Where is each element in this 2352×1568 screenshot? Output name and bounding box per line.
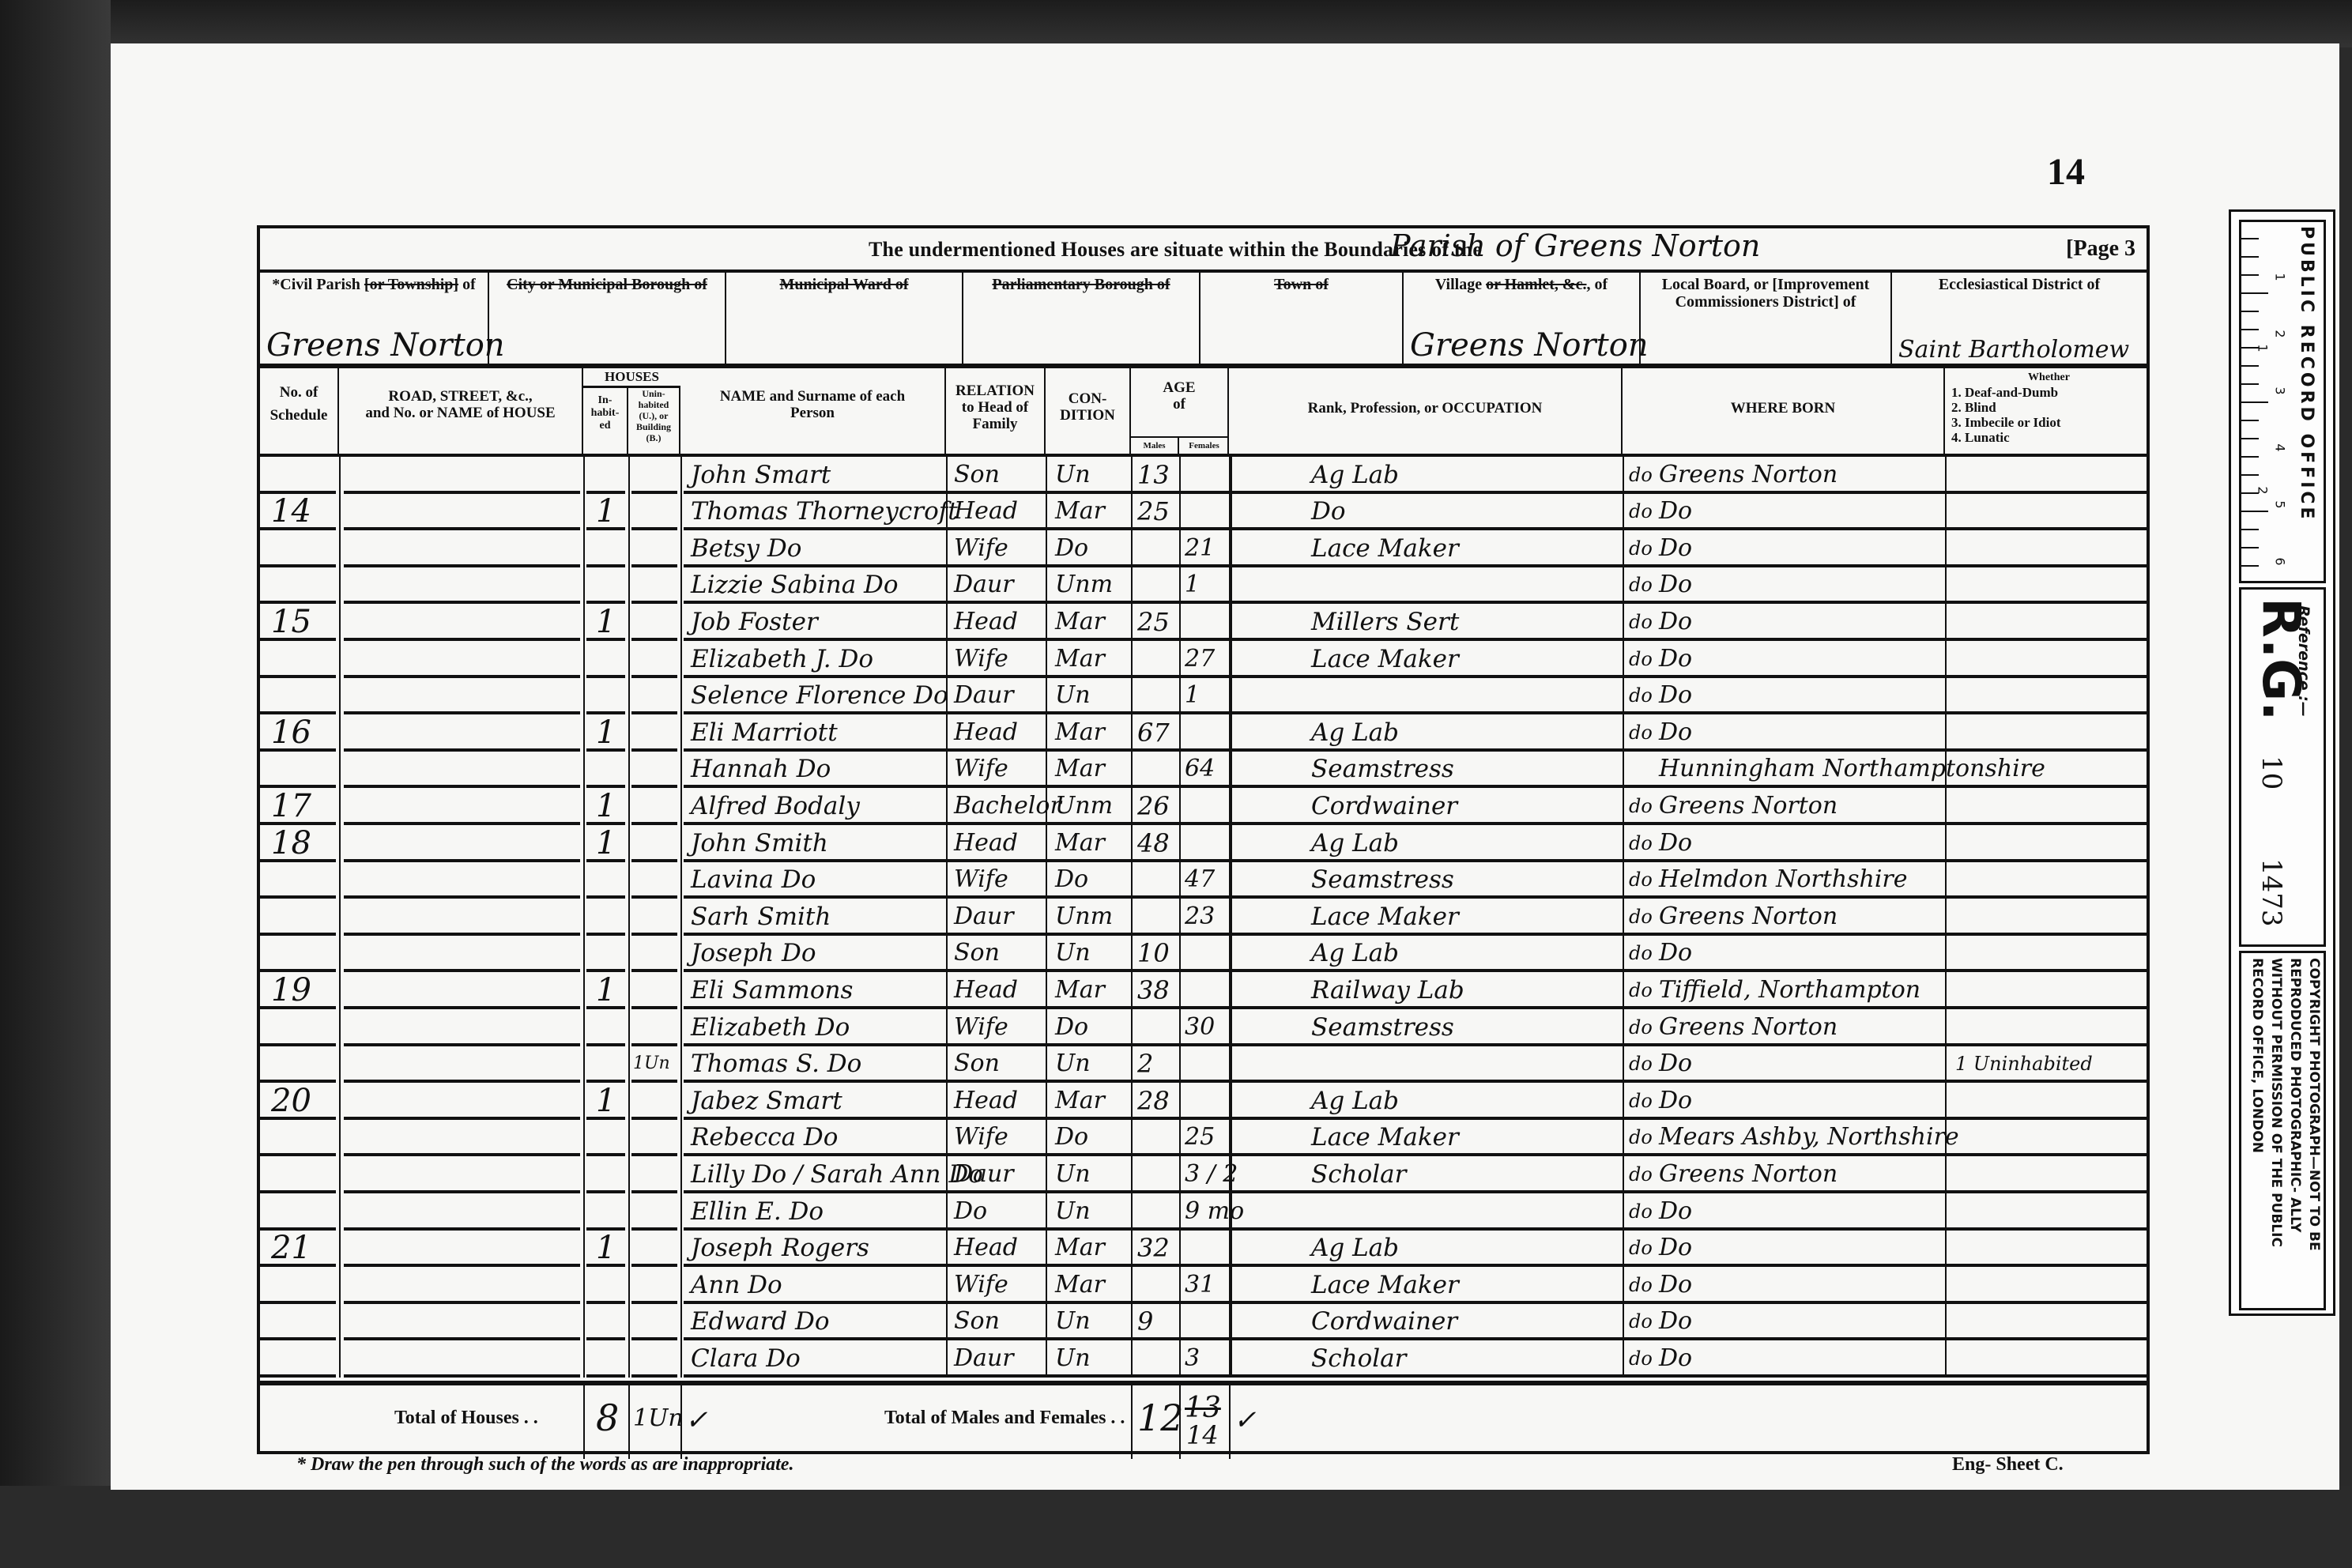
- male-age: 32: [1137, 1232, 1170, 1264]
- birthplace: Greens Norton: [1659, 901, 1837, 933]
- born-prefix: do: [1629, 974, 1653, 1006]
- male-age: 48: [1137, 827, 1170, 859]
- birthplace: Do: [1659, 1269, 1692, 1301]
- marital-condition: Mar: [1055, 753, 1105, 785]
- table-row: Sarh SmithDaurUnm23Lace MakerdoGreens No…: [260, 899, 2147, 936]
- born-prefix: do: [1629, 643, 1653, 675]
- relation-to-head: Wife: [954, 1269, 1008, 1301]
- ruler-tick: [2241, 274, 2259, 276]
- occupation: Lace Maker: [1311, 1121, 1459, 1153]
- relation-to-head: Wife: [954, 753, 1008, 785]
- table-row: Rebecca DoWifeDo25Lace MakerdoMears Ashb…: [260, 1120, 2147, 1157]
- area-field-label: Village or Hamlet, &c., of: [1404, 276, 1639, 293]
- occupation: Lace Maker: [1311, 643, 1459, 675]
- ruler-tick: [2241, 547, 2259, 548]
- check-mark: ✓: [1234, 1404, 1257, 1436]
- occupation: Ag Lab: [1311, 717, 1399, 748]
- born-prefix: do: [1629, 459, 1653, 491]
- born-prefix: do: [1629, 1269, 1653, 1301]
- male-age: 67: [1137, 717, 1170, 748]
- birthplace: Do: [1659, 533, 1692, 564]
- col-occupation: Rank, Profession, or OCCUPATION: [1229, 368, 1623, 454]
- inhabited-count: 1: [596, 1085, 616, 1117]
- born-prefix: do: [1629, 901, 1653, 933]
- table-row: Lilly Do / Sarah Ann DoDaurUn3 / 2Schola…: [260, 1156, 2147, 1193]
- table-row: Lavina DoWifeDo47SeamstressdoHelmdon Nor…: [260, 862, 2147, 899]
- table-row: 201Jabez SmartHeadMar28Ag LabdoDo: [260, 1083, 2147, 1120]
- col-condition: CON-DITION: [1046, 368, 1131, 454]
- table-row: 211Joseph RogersHeadMar32Ag LabdoDo: [260, 1231, 2147, 1268]
- ruler-tick: [2241, 329, 2259, 330]
- houses-label: HOUSES: [583, 368, 680, 388]
- area-field: City or Municipal Borough of: [489, 273, 726, 364]
- marital-condition: Un: [1055, 1048, 1091, 1080]
- marital-condition: Mar: [1055, 643, 1105, 675]
- person-name: Lizzie Sabina Do: [691, 569, 899, 601]
- birthplace: Do: [1659, 496, 1692, 527]
- occupation: Scholar: [1311, 1159, 1406, 1190]
- marital-condition: Un: [1055, 1196, 1091, 1227]
- relation-to-head: Daur: [954, 569, 1014, 601]
- relation-to-head: Daur: [954, 680, 1014, 711]
- occupation: Seamstress: [1311, 864, 1454, 895]
- relation-to-head: Bachelor: [954, 790, 1061, 822]
- occupation: Ag Lab: [1311, 1232, 1399, 1264]
- table-row: Ann DoWifeMar31Lace MakerdoDo: [260, 1267, 2147, 1304]
- ruler-cm-label: 4: [2273, 443, 2288, 451]
- reference-folio: 1473: [2256, 858, 2287, 927]
- inhabited-count: 1: [596, 974, 616, 1006]
- person-name: John Smart: [691, 459, 831, 491]
- totals-row: Total of Houses . . 8 1Un ✓ Total of Mal…: [260, 1381, 2147, 1459]
- occupation: Ag Lab: [1311, 937, 1399, 969]
- born-prefix: do: [1629, 1232, 1653, 1264]
- female-age: 21: [1185, 533, 1215, 564]
- total-houses-inhabited: 8: [596, 1396, 619, 1439]
- ruler-tick: [2241, 383, 2259, 385]
- male-age: 28: [1137, 1085, 1170, 1117]
- area-field-label: Ecclesiastical District of: [1892, 276, 2147, 293]
- born-prefix: do: [1629, 827, 1653, 859]
- birthplace: Do: [1659, 1048, 1692, 1080]
- person-name: Jabez Smart: [691, 1085, 842, 1117]
- relation-to-head: Wife: [954, 533, 1008, 564]
- total-persons-label: Total of Males and Females . .: [884, 1408, 1125, 1429]
- relation-to-head: Head: [954, 1232, 1018, 1264]
- page-label: [Page 3: [2066, 236, 2135, 262]
- person-name: Alfred Bodaly: [691, 790, 860, 822]
- female-age: 3: [1185, 1343, 1200, 1374]
- person-name: Elizabeth J. Do: [691, 643, 873, 675]
- female-age: 31: [1185, 1269, 1215, 1301]
- ruler-tick: [2241, 456, 2259, 458]
- person-name: Edward Do: [691, 1306, 830, 1337]
- inhabited-count: 1: [596, 790, 616, 822]
- marital-condition: Un: [1055, 680, 1091, 711]
- marital-condition: Do: [1055, 1012, 1088, 1043]
- occupation: Seamstress: [1311, 753, 1454, 785]
- area-field-label: Municipal Ward of: [726, 276, 962, 293]
- person-name: Ann Do: [691, 1269, 782, 1301]
- birthplace: Do: [1659, 606, 1692, 638]
- relation-to-head: Wife: [954, 1012, 1008, 1043]
- female-age: 1: [1185, 569, 1200, 601]
- table-row: 161Eli MarriottHeadMar67Ag LabdoDo: [260, 714, 2147, 752]
- relation-to-head: Wife: [954, 864, 1008, 895]
- born-prefix: do: [1629, 1012, 1653, 1043]
- born-prefix: do: [1629, 864, 1653, 895]
- birthplace: Helmdon Northshire: [1659, 864, 1908, 895]
- marital-condition: Un: [1055, 1159, 1091, 1190]
- table-row: Ellin E. DoDoUn9 modoDo: [260, 1193, 2147, 1231]
- area-field-label: City or Municipal Borough of: [489, 276, 725, 293]
- birthplace: Do: [1659, 680, 1692, 711]
- birthplace: Do: [1659, 1343, 1692, 1374]
- copyright-text: COPYRIGHT PHOTOGRAPH—NOT TO BE REPRODUCE…: [2245, 958, 2324, 1306]
- male-age: 38: [1137, 974, 1170, 1006]
- col-infirmity: Whether 1. Deaf-and-Dumb2. Blind3. Imbec…: [1945, 368, 2147, 454]
- area-field-value: Greens Norton: [1410, 327, 1639, 364]
- ruler-tick: [2241, 256, 2259, 258]
- marital-condition: Un: [1055, 1343, 1091, 1374]
- occupation: Cordwainer: [1311, 1306, 1457, 1337]
- female-age: 64: [1185, 753, 1215, 785]
- female-age: 27: [1185, 643, 1215, 675]
- birthplace: Hunningham Northamptonshire: [1659, 753, 2045, 785]
- born-prefix: do: [1629, 1121, 1653, 1153]
- birthplace: Do: [1659, 1085, 1692, 1117]
- schedule-number: 15: [271, 606, 311, 638]
- male-age: 25: [1137, 606, 1170, 638]
- occupation: Lace Maker: [1311, 1269, 1459, 1301]
- birthplace: Do: [1659, 569, 1692, 601]
- occupation: Millers Sert: [1311, 606, 1459, 638]
- relation-to-head: Son: [954, 1048, 1000, 1080]
- occupation: Lace Maker: [1311, 901, 1459, 933]
- born-prefix: do: [1629, 680, 1653, 711]
- person-name: Rebecca Do: [691, 1121, 838, 1153]
- born-prefix: do: [1629, 1159, 1653, 1190]
- reference-piece: 10: [2256, 756, 2287, 790]
- census-entries: John SmartSonUn13Ag LabdoGreens Norton14…: [260, 457, 2147, 1378]
- col-where-born: WHERE BORN: [1623, 368, 1945, 454]
- female-age: 25: [1185, 1121, 1215, 1153]
- parish-handwritten: Parish of Greens Norton: [1390, 228, 1760, 263]
- schedule-number: 19: [271, 974, 311, 1006]
- col-schedule: No. ofSchedule: [260, 368, 339, 454]
- area-field: Municipal Ward of: [726, 273, 963, 364]
- table-row: Joseph DoSonUn10Ag LabdoDo: [260, 936, 2147, 973]
- table-row: Hannah DoWifeMar64SeamstressHunningham N…: [260, 752, 2147, 789]
- occupation: Ag Lab: [1311, 1085, 1399, 1117]
- marital-condition: Mar: [1055, 1269, 1105, 1301]
- inhabited-count: 1: [596, 606, 616, 638]
- area-field: Ecclesiastical District ofSaint Bartholo…: [1892, 273, 2147, 364]
- ruler-inch-label: 2: [2256, 486, 2271, 494]
- ruler-tick: [2241, 292, 2268, 294]
- born-prefix: do: [1629, 496, 1653, 527]
- ruler-tick: [2241, 238, 2259, 239]
- female-age: 9 mo: [1185, 1196, 1244, 1227]
- birthplace: Greens Norton: [1659, 459, 1837, 491]
- occupation: Railway Lab: [1311, 974, 1464, 1006]
- relation-to-head: Wife: [954, 1121, 1008, 1153]
- schedule-number: 17: [271, 790, 311, 822]
- person-name: Eli Marriott: [691, 717, 838, 748]
- person-name: John Smith: [691, 827, 828, 859]
- person-name: Thomas S. Do: [691, 1048, 861, 1080]
- table-row: 1UnThomas S. DoSonUn2doDo1 Uninhabited: [260, 1046, 2147, 1084]
- person-name: Job Foster: [691, 606, 818, 638]
- inhabited-count: 1: [596, 717, 616, 748]
- relation-to-head: Wife: [954, 643, 1008, 675]
- born-prefix: do: [1629, 1048, 1653, 1080]
- marital-condition: Mar: [1055, 827, 1105, 859]
- ruler-tick: [2241, 474, 2259, 476]
- table-row: 151Job FosterHeadMar25Millers SertdoDo: [260, 604, 2147, 641]
- female-age: 47: [1185, 864, 1215, 895]
- relation-to-head: Head: [954, 717, 1018, 748]
- table-row: Lizzie Sabina DoDaurUnm1doDo: [260, 567, 2147, 605]
- male-age: 26: [1137, 790, 1170, 822]
- marital-condition: Mar: [1055, 1085, 1105, 1117]
- census-page: 14 The undermentioned Houses are situate…: [111, 43, 2339, 1490]
- reference-box: Reference :— R.G. 10 1473: [2239, 587, 2326, 947]
- total-females-struck: 13: [1185, 1392, 1221, 1424]
- table-row: Edward DoSonUn9CordwainerdoDo: [260, 1304, 2147, 1341]
- marital-condition: Unm: [1055, 569, 1113, 601]
- col-age: AGEof Males Females: [1131, 368, 1229, 454]
- birthplace: Greens Norton: [1659, 1012, 1837, 1043]
- person-name: Hannah Do: [691, 753, 831, 785]
- table-row: Selence Florence DoDaurUn1doDo: [260, 678, 2147, 715]
- sheet-label: Eng- Sheet C.: [1952, 1454, 2064, 1476]
- table-row: 141Thomas ThorneycroftHeadMar25DodoDo: [260, 494, 2147, 531]
- copyright-box: COPYRIGHT PHOTOGRAPH—NOT TO BE REPRODUCE…: [2239, 951, 2326, 1310]
- relation-to-head: Son: [954, 937, 1000, 969]
- occupation: Cordwainer: [1311, 790, 1457, 822]
- female-age: 23: [1185, 901, 1215, 933]
- occupation: Ag Lab: [1311, 459, 1399, 491]
- marital-condition: Mar: [1055, 974, 1105, 1006]
- table-row: Elizabeth DoWifeDo30SeamstressdoGreens N…: [260, 1009, 2147, 1046]
- relation-to-head: Head: [954, 1085, 1018, 1117]
- born-prefix: do: [1629, 790, 1653, 822]
- female-age: 1: [1185, 680, 1200, 711]
- ruler-title: PUBLIC RECORD OFFICE: [2297, 226, 2316, 522]
- schedule-number: 20: [271, 1085, 311, 1117]
- birthplace: Do: [1659, 717, 1692, 748]
- table-row: Elizabeth J. DoWifeMar27Lace MakerdoDo: [260, 641, 2147, 678]
- born-prefix: do: [1629, 1085, 1653, 1117]
- schedule-number: 21: [271, 1232, 311, 1264]
- marital-condition: Un: [1055, 937, 1091, 969]
- birthplace: Do: [1659, 827, 1692, 859]
- person-name: Elizabeth Do: [691, 1012, 850, 1043]
- born-prefix: do: [1629, 606, 1653, 638]
- inhabited-count: 1: [596, 496, 616, 527]
- ruler-cm-label: 6: [2273, 557, 2288, 565]
- archive-reference-strip: PUBLIC RECORD OFFICE 12345612 Reference …: [2229, 209, 2335, 1316]
- col-road: ROAD, STREET, &c.,and No. or NAME of HOU…: [339, 368, 583, 454]
- person-name: Joseph Do: [691, 937, 816, 969]
- area-field: Town of: [1200, 273, 1404, 364]
- ruler-tick: [2241, 420, 2259, 421]
- inhabited-count: 1: [596, 827, 616, 859]
- relation-to-head: Son: [954, 1306, 1000, 1337]
- born-prefix: do: [1629, 1306, 1653, 1337]
- marital-condition: Unm: [1055, 901, 1113, 933]
- birthplace: Do: [1659, 643, 1692, 675]
- uninhabited-mark: 1Un: [633, 1048, 670, 1080]
- person-name: Ellin E. Do: [691, 1196, 824, 1227]
- area-field-label: Parliamentary Borough of: [963, 276, 1199, 293]
- person-name: Betsy Do: [691, 533, 801, 564]
- marital-condition: Do: [1055, 533, 1088, 564]
- schedule-number: 14: [271, 496, 311, 527]
- marital-condition: Mar: [1055, 606, 1105, 638]
- occupation: Lace Maker: [1311, 533, 1459, 564]
- relation-to-head: Daur: [954, 901, 1014, 933]
- area-field-label: *Civil Parish [or Township] of: [260, 276, 488, 293]
- area-field-label: Town of: [1200, 276, 1402, 293]
- female-age: 3 / 2: [1185, 1159, 1238, 1190]
- person-name: Eli Sammons: [691, 974, 853, 1006]
- male-age: 10: [1137, 937, 1170, 969]
- table-row: Clara DoDaurUn3ScholardoDo: [260, 1340, 2147, 1378]
- marital-condition: Mar: [1055, 1232, 1105, 1264]
- birthplace: Do: [1659, 1306, 1692, 1337]
- inhabited-count: 1: [596, 1232, 616, 1264]
- marital-condition: Do: [1055, 1121, 1088, 1153]
- ruler-tick: [2241, 438, 2259, 439]
- area-field: Parliamentary Borough of: [963, 273, 1200, 364]
- occupation: Do: [1311, 496, 1346, 527]
- area-field: Village or Hamlet, &c., ofGreens Norton: [1404, 273, 1641, 364]
- col-relation: RELATIONto Head ofFamily: [946, 368, 1046, 454]
- ruler-inch-label: 1: [2256, 344, 2271, 352]
- total-males: 12: [1137, 1396, 1184, 1439]
- birthplace: Mears Ashby, Northshire: [1659, 1121, 1959, 1153]
- col-males: Males: [1131, 436, 1179, 454]
- table-row: 181John SmithHeadMar48Ag LabdoDo: [260, 825, 2147, 862]
- total-females: 14: [1186, 1420, 1219, 1450]
- folio-number: 14: [2047, 150, 2085, 194]
- female-age: 30: [1185, 1012, 1215, 1043]
- birthplace: Do: [1659, 937, 1692, 969]
- scan-border-left: [0, 0, 111, 1568]
- born-prefix: do: [1629, 717, 1653, 748]
- birthplace: Greens Norton: [1659, 1159, 1837, 1190]
- area-field-value: Greens Norton: [266, 327, 488, 364]
- born-prefix: do: [1629, 1343, 1653, 1374]
- person-name: Lilly Do / Sarah Ann Do: [691, 1159, 983, 1190]
- col-inhabited: In-habit-ed: [583, 388, 628, 454]
- ruler-cm-label: 3: [2273, 386, 2288, 394]
- marital-condition: Un: [1055, 1306, 1091, 1337]
- person-name: Selence Florence Do: [691, 680, 948, 711]
- person-name: Sarh Smith: [691, 901, 831, 933]
- col-uninhabited: Unin-habited(U.), orBuilding(B.): [628, 388, 680, 454]
- relation-to-head: Son: [954, 459, 1000, 491]
- col-females: Females: [1179, 436, 1229, 454]
- table-row: John SmartSonUn13Ag LabdoGreens Norton: [260, 457, 2147, 494]
- check-mark: ✓: [685, 1404, 708, 1436]
- schedule-number: 16: [271, 717, 311, 748]
- ruler-tick: [2241, 511, 2268, 512]
- area-row: *Civil Parish [or Township] ofGreens Nor…: [260, 273, 2147, 368]
- ruler-tick: [2241, 529, 2259, 530]
- person-name: Lavina Do: [691, 864, 816, 895]
- column-header-row: No. ofSchedule ROAD, STREET, &c.,and No.…: [260, 368, 2147, 457]
- marital-condition: Unm: [1055, 790, 1113, 822]
- ruler-tick: [2241, 401, 2268, 403]
- relation-to-head: Daur: [954, 1159, 1014, 1190]
- person-name: Thomas Thorneycroft: [691, 496, 958, 527]
- schedule-number: 18: [271, 827, 311, 859]
- area-field: Local Board, or [Improvement Commissione…: [1641, 273, 1892, 364]
- ruler-tick: [2241, 365, 2259, 367]
- table-row: Betsy DoWifeDo21Lace MakerdoDo: [260, 530, 2147, 567]
- col-houses: HOUSES In-habit-ed Unin-habited(U.), orB…: [583, 368, 680, 454]
- area-field-value: Saint Bartholomew: [1898, 336, 2147, 364]
- born-prefix: do: [1629, 533, 1653, 564]
- birthplace: Tiffield, Northampton: [1659, 974, 1920, 1006]
- col-name: NAME and Surname of eachPerson: [680, 368, 946, 454]
- marital-condition: Un: [1055, 459, 1091, 491]
- footnote: * Draw the pen through such of the words…: [296, 1454, 793, 1476]
- relation-to-head: Do: [954, 1196, 987, 1227]
- born-prefix: do: [1629, 937, 1653, 969]
- occupation: Seamstress: [1311, 1012, 1454, 1043]
- ruler-tick: [2241, 311, 2259, 312]
- census-form: The undermentioned Houses are situate wi…: [257, 225, 2150, 1454]
- ruler-tick: [2241, 565, 2259, 567]
- relation-to-head: Daur: [954, 1343, 1014, 1374]
- relation-to-head: Head: [954, 606, 1018, 638]
- infirmity-note: 1 Uninhabited: [1955, 1048, 2093, 1080]
- total-houses-uninhabited: 1Un: [633, 1404, 684, 1432]
- born-prefix: do: [1629, 1196, 1653, 1227]
- total-houses-label: Total of Houses . .: [394, 1408, 538, 1429]
- birthplace: Do: [1659, 1196, 1692, 1227]
- area-field-label: Local Board, or [Improvement Commissione…: [1641, 276, 1890, 311]
- ruler-cm-label: 1: [2273, 273, 2288, 281]
- relation-to-head: Head: [954, 827, 1018, 859]
- marital-condition: Mar: [1055, 496, 1105, 527]
- male-age: 9: [1137, 1306, 1153, 1337]
- scale-ruler: PUBLIC RECORD OFFICE 12345612: [2239, 220, 2326, 583]
- marital-condition: Do: [1055, 864, 1088, 895]
- birthplace: Greens Norton: [1659, 790, 1837, 822]
- area-field: *Civil Parish [or Township] ofGreens Nor…: [260, 273, 489, 364]
- marital-condition: Mar: [1055, 717, 1105, 748]
- male-age: 13: [1137, 459, 1170, 491]
- relation-to-head: Head: [954, 496, 1018, 527]
- person-name: Clara Do: [691, 1343, 801, 1374]
- table-row: 191Eli SammonsHeadMar38Railway LabdoTiff…: [260, 972, 2147, 1009]
- birthplace: Do: [1659, 1232, 1692, 1264]
- reference-series: R.G.: [2251, 597, 2312, 721]
- male-age: 2: [1137, 1048, 1153, 1080]
- occupation: Scholar: [1311, 1343, 1406, 1374]
- ruler-cm-label: 5: [2273, 500, 2288, 508]
- table-row: 171Alfred BodalyBachelorUnm26Cordwainerd…: [260, 788, 2147, 825]
- scan-border-bottom: [0, 1486, 2352, 1568]
- person-name: Joseph Rogers: [691, 1232, 869, 1264]
- ruler-cm-label: 2: [2273, 330, 2288, 337]
- born-prefix: do: [1629, 569, 1653, 601]
